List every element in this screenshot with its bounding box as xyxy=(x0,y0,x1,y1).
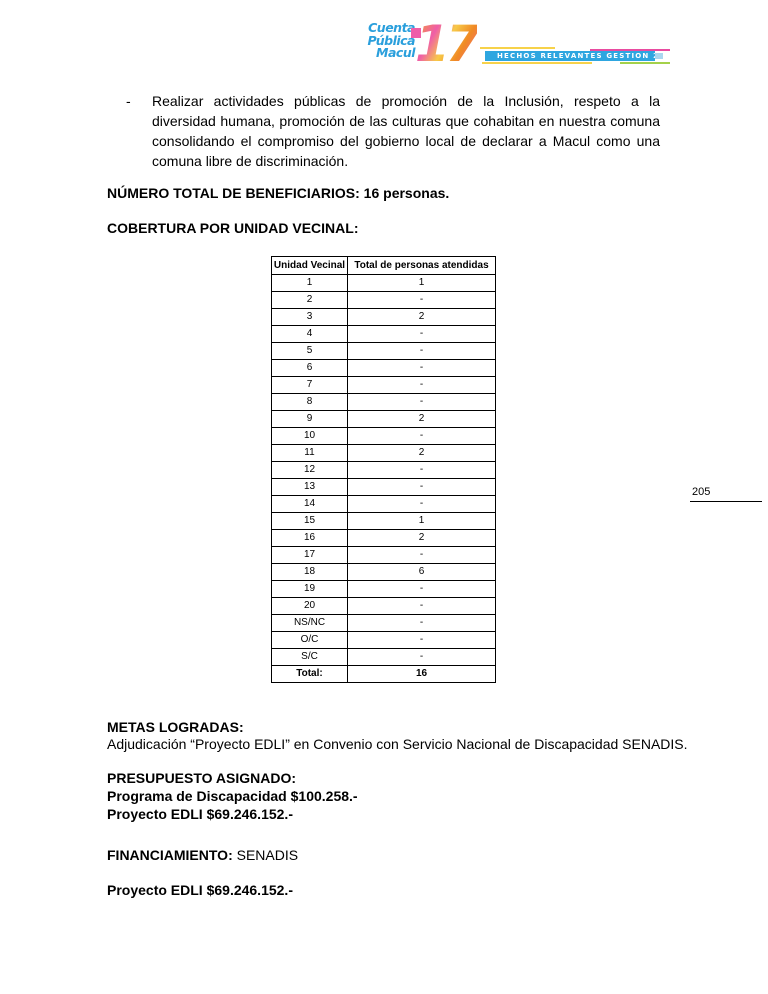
page-number: 205 xyxy=(692,486,710,498)
cell-total: 1 xyxy=(348,513,496,530)
table-total-row: Total:16 xyxy=(272,666,496,683)
cell-total: 2 xyxy=(348,530,496,547)
presupuesto-heading: PRESUPUESTO ASIGNADO: xyxy=(107,769,296,787)
cell-unidad: 5 xyxy=(272,343,348,360)
cell-unidad: 9 xyxy=(272,411,348,428)
cell-unidad: 10 xyxy=(272,428,348,445)
total-label: Total: xyxy=(272,666,348,683)
cell-unidad: 15 xyxy=(272,513,348,530)
banner-stripe xyxy=(480,47,555,49)
metas-text: Adjudicación “Proyecto EDLI” en Convenio… xyxy=(107,735,688,753)
table-row: S/C- xyxy=(272,649,496,666)
cell-unidad: 3 xyxy=(272,309,348,326)
cell-unidad: S/C xyxy=(272,649,348,666)
cell-unidad: 1 xyxy=(272,275,348,292)
cell-unidad: O/C xyxy=(272,632,348,649)
cell-total: - xyxy=(348,377,496,394)
cell-total: - xyxy=(348,428,496,445)
cell-unidad: 7 xyxy=(272,377,348,394)
table-row: 20- xyxy=(272,598,496,615)
cell-total: - xyxy=(348,326,496,343)
banner-text: HECHOS RELEVANTES GESTION 2017 xyxy=(485,51,655,61)
table-row: 92 xyxy=(272,411,496,428)
table-row: 12- xyxy=(272,462,496,479)
cell-unidad: 6 xyxy=(272,360,348,377)
table-row: 2- xyxy=(272,292,496,309)
table-row: 32 xyxy=(272,309,496,326)
table-row: 4- xyxy=(272,326,496,343)
banner-stripe xyxy=(620,62,670,64)
column-header-total: Total de personas atendidas xyxy=(348,257,496,275)
financiamiento-value: SENADIS xyxy=(233,847,298,863)
table-header-row: Unidad Vecinal Total de personas atendid… xyxy=(272,257,496,275)
bullet-marker: - xyxy=(126,91,131,111)
cell-unidad: 17 xyxy=(272,547,348,564)
cell-unidad: 18 xyxy=(272,564,348,581)
cell-unidad: 4 xyxy=(272,326,348,343)
banner-stripe xyxy=(482,62,592,64)
cell-total: - xyxy=(348,632,496,649)
cell-total: - xyxy=(348,292,496,309)
cell-unidad: 19 xyxy=(272,581,348,598)
table-row: O/C- xyxy=(272,632,496,649)
cell-total: - xyxy=(348,479,496,496)
cell-total: - xyxy=(348,598,496,615)
financiamiento-label: FINANCIAMIENTO: xyxy=(107,847,233,863)
table-row: 13- xyxy=(272,479,496,496)
cell-total: 2 xyxy=(348,309,496,326)
cell-unidad: 16 xyxy=(272,530,348,547)
table-row: 19- xyxy=(272,581,496,598)
cell-total: 2 xyxy=(348,445,496,462)
table-row: 151 xyxy=(272,513,496,530)
table-row: 162 xyxy=(272,530,496,547)
table-row: 14- xyxy=(272,496,496,513)
presupuesto-programa: Programa de Discapacidad $100.258.- xyxy=(107,787,358,805)
cell-total: - xyxy=(348,462,496,479)
table-row: 11 xyxy=(272,275,496,292)
cell-total: 6 xyxy=(348,564,496,581)
table-row: 8- xyxy=(272,394,496,411)
coverage-table: Unidad Vecinal Total de personas atendid… xyxy=(271,256,496,683)
table-row: 6- xyxy=(272,360,496,377)
cobertura-heading: COBERTURA POR UNIDAD VECINAL: xyxy=(107,219,358,237)
table-row: 5- xyxy=(272,343,496,360)
cell-total: - xyxy=(348,343,496,360)
logo-line-3: Macul xyxy=(355,47,415,60)
logo-text: Cuenta Pública Macul xyxy=(355,22,415,60)
cell-unidad: 13 xyxy=(272,479,348,496)
cell-total: - xyxy=(348,649,496,666)
table-row: 10- xyxy=(272,428,496,445)
beneficiarios-heading: NÚMERO TOTAL DE BENEFICIARIOS: 16 person… xyxy=(107,184,449,202)
column-header-unidad: Unidad Vecinal xyxy=(272,257,348,275)
cell-total: - xyxy=(348,547,496,564)
cell-unidad: 8 xyxy=(272,394,348,411)
cell-total: - xyxy=(348,615,496,632)
bullet-paragraph: Realizar actividades públicas de promoci… xyxy=(152,91,660,171)
header-banner: HECHOS RELEVANTES GESTION 2017 xyxy=(480,44,675,66)
cell-unidad: 14 xyxy=(272,496,348,513)
cell-total: 1 xyxy=(348,275,496,292)
table-row: 7- xyxy=(272,377,496,394)
logo-number: 17 xyxy=(415,18,477,70)
metas-heading: METAS LOGRADAS: xyxy=(107,718,244,736)
cell-unidad: 2 xyxy=(272,292,348,309)
financiamiento-line: FINANCIAMIENTO: SENADIS xyxy=(107,846,298,864)
cell-total: - xyxy=(348,581,496,598)
table-row: 186 xyxy=(272,564,496,581)
cell-unidad: NS/NC xyxy=(272,615,348,632)
cell-unidad: 12 xyxy=(272,462,348,479)
table-row: 17- xyxy=(272,547,496,564)
cell-total: 2 xyxy=(348,411,496,428)
cell-unidad: 20 xyxy=(272,598,348,615)
total-value: 16 xyxy=(348,666,496,683)
cell-total: - xyxy=(348,360,496,377)
cell-total: - xyxy=(348,394,496,411)
table-row: 112 xyxy=(272,445,496,462)
banner-stripe xyxy=(655,53,663,59)
cell-total: - xyxy=(348,496,496,513)
edli-final: Proyecto EDLI $69.246.152.- xyxy=(107,881,293,899)
table-row: NS/NC- xyxy=(272,615,496,632)
cuenta-publica-logo: Cuenta Pública Macul 17 xyxy=(355,22,475,72)
page-number-rule xyxy=(690,501,762,502)
cell-unidad: 11 xyxy=(272,445,348,462)
presupuesto-edli: Proyecto EDLI $69.246.152.- xyxy=(107,805,293,823)
table-body: 112-324-5-6-7-8-9210-11212-13-14-1511621… xyxy=(272,275,496,683)
